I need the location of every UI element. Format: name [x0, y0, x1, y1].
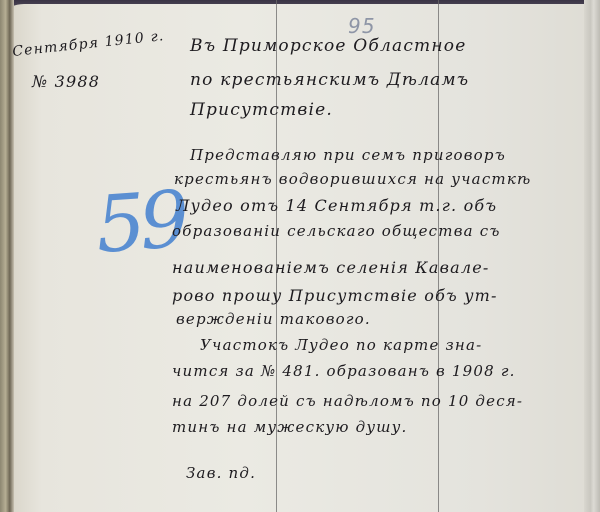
- margin-number: № 3988: [32, 72, 100, 91]
- address-line-2: по крестьянскимъ Дѣламъ: [190, 70, 469, 90]
- body-line-7: вержденіи такового.: [176, 310, 371, 328]
- address-line-3: Присутствіе.: [190, 100, 333, 120]
- page-edges: [584, 0, 600, 512]
- body-line-1: Представляю при семъ приговоръ: [190, 146, 506, 164]
- body-line-3: Лудео отъ 14 Сентября т.г. объ: [176, 196, 497, 215]
- address-line-1: Въ Приморское Областное: [190, 36, 466, 56]
- body-line-9: чится за № 481. образованъ в 1908 г.: [172, 362, 516, 380]
- body-line-11: тинъ на мужескую душу.: [172, 418, 408, 436]
- body-line-8: Участокъ Лудео по карте зна-: [200, 336, 482, 354]
- body-line-4: образованіи сельскаго общества съ: [172, 222, 501, 240]
- body-line-5: наименованіемъ селенія Кавале-: [172, 258, 490, 277]
- book-binding: [0, 0, 14, 512]
- page-number: 95: [348, 14, 376, 38]
- body-line-2: крестьянъ водворившихся на участкѣ: [174, 170, 531, 188]
- body-line-10: на 207 долей съ надѣломъ по 10 деся-: [172, 392, 523, 410]
- body-line-6: рово прошу Присутствіе объ ут-: [172, 286, 498, 305]
- signature: Зав. пд.: [186, 464, 256, 482]
